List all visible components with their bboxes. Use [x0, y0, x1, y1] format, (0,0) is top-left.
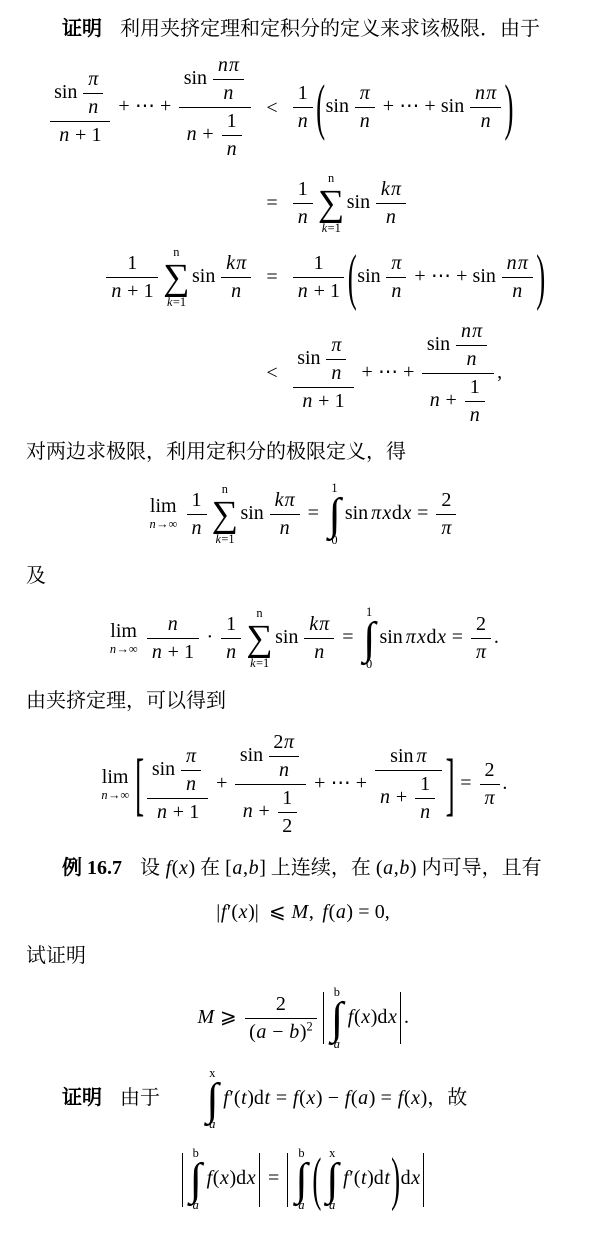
fraction-numerator: 1	[293, 177, 313, 204]
equation-limit-riemann-1: limn→∞1nn∑k=1sinkπn=1∫0sinπxdx=2π	[26, 481, 580, 548]
fraction-numerator: 1	[222, 109, 242, 136]
fraction-numerator: sinπn	[147, 744, 208, 799]
math-operator: +	[253, 800, 275, 822]
math-integral: b∫a	[188, 1146, 204, 1213]
math-var: a	[209, 1117, 216, 1131]
math-text: ′(	[349, 1167, 360, 1189]
math-sum: n∑k=1	[212, 482, 238, 547]
math-fraction: kπn	[376, 177, 406, 230]
relation-symbol: <	[254, 358, 290, 388]
math-text: 2	[282, 815, 292, 837]
math-fraction: 12	[278, 786, 297, 839]
math-text: =1	[221, 532, 234, 546]
math-operator: +	[440, 389, 462, 411]
document-page: 证明利用夹挤定理和定积分的定义来求该极限．由于 sinπnn+1+⋯+sinnπ…	[0, 0, 602, 1235]
math-row: 2π	[273, 731, 294, 753]
math-operator: +	[122, 280, 144, 302]
fraction-numerator: 2	[436, 488, 456, 515]
fraction-denominator: n	[386, 278, 406, 304]
math-var: f	[165, 857, 172, 879]
math-var: π	[405, 626, 416, 648]
math-text: d	[427, 626, 437, 648]
math-text: 1	[192, 489, 202, 511]
math-integral: x∫a	[324, 1146, 340, 1213]
fraction-numerator: π	[181, 744, 201, 771]
math-var: π	[283, 731, 294, 753]
sum-symbol: ∑	[318, 186, 344, 221]
math-space	[370, 207, 373, 208]
math-text: 2	[276, 993, 286, 1015]
math-var: a	[383, 857, 394, 879]
equation-rhs: 1n(sinπn+⋯+sinnπn)	[290, 81, 580, 134]
integral-symbol: ∫	[329, 1000, 345, 1037]
math-space	[381, 281, 384, 282]
math-row: sinnπn	[427, 333, 490, 355]
fraction-denominator: π	[471, 639, 491, 665]
math-var: x	[382, 502, 392, 524]
math-fraction: 2πn	[269, 730, 299, 783]
fraction-numerator: 1	[187, 488, 207, 515]
math-space	[464, 111, 467, 112]
math-text: (	[351, 1087, 358, 1109]
math-row: k=1	[167, 295, 186, 309]
math-text: )d	[247, 1087, 264, 1109]
math-var: f	[220, 901, 227, 923]
math-row: n+1	[297, 280, 340, 302]
fraction-numerator: kπ	[376, 177, 406, 204]
math-var: n	[466, 348, 477, 370]
math-row: sinπn	[152, 758, 204, 780]
math-operator: +	[162, 641, 184, 663]
math-fraction: 1n	[293, 177, 313, 230]
math-row: kπ	[309, 613, 330, 635]
math-var: n	[302, 390, 313, 412]
math-var: n	[167, 613, 178, 635]
math-operator: +	[211, 772, 233, 794]
fraction-denominator: n	[222, 136, 242, 162]
math-var: a	[256, 1021, 267, 1043]
math-var: π	[517, 252, 528, 274]
equation-claim: M⩾2(a−b)2b∫af(x)dx.	[26, 985, 580, 1052]
math-text: 2	[441, 489, 451, 511]
math-row: n+1	[302, 390, 345, 412]
fraction-denominator: 2	[278, 813, 297, 839]
math-text: 1	[91, 124, 101, 146]
paragraph-take-limits: 对两边求极限，利用定积分的极限定义，得	[26, 437, 580, 467]
fraction-denominator: n	[213, 80, 244, 106]
math-var: n	[512, 280, 523, 302]
math-text: sin	[345, 502, 368, 524]
relation-symbol: =	[254, 262, 290, 292]
math-fraction: sin2πnn+12	[235, 730, 306, 839]
fraction-denominator: n	[470, 108, 501, 134]
math-row: sinπn	[54, 81, 106, 103]
equation-rhs: 1n+1(sinπn+⋯+sinnπn)	[290, 251, 580, 304]
math-var: f	[344, 1087, 351, 1109]
math-delimiter: )	[391, 1135, 401, 1224]
math-row: sinπ	[390, 745, 427, 767]
math-integral: x∫a	[168, 1066, 220, 1133]
math-text: sin	[347, 191, 370, 213]
math-var: b	[248, 857, 259, 879]
math-var: a	[298, 1198, 305, 1212]
math-operator: +	[308, 280, 330, 302]
math-text: 2	[485, 759, 495, 781]
math-var: n	[185, 773, 196, 795]
fraction-numerator: nπ	[456, 319, 487, 346]
fraction-denominator: n+12	[235, 785, 306, 839]
math-text: ⋯	[135, 95, 155, 117]
fraction-denominator: n+1	[293, 278, 345, 304]
math-var: k	[380, 178, 390, 200]
math-var: f	[397, 1087, 404, 1109]
fraction-numerator: kπ	[270, 488, 300, 515]
math-space	[298, 642, 301, 643]
math-var: n	[314, 641, 325, 663]
math-text: .	[502, 772, 507, 794]
math-limit: limn→∞	[149, 496, 177, 532]
math-var: π	[319, 613, 330, 635]
math-var: n	[506, 252, 517, 274]
math-text: <	[266, 97, 277, 119]
math-sum: n∑k=1	[246, 606, 272, 671]
math-var: n	[419, 801, 430, 823]
math-text: 1	[227, 110, 237, 132]
fraction-numerator: 1	[415, 772, 435, 799]
math-space	[215, 281, 218, 282]
math-text: 由于	[120, 1087, 160, 1109]
math-var: x	[411, 1087, 421, 1109]
fraction-denominator: n+1	[147, 639, 199, 665]
math-row: b∫af(x)dx=b∫a(x∫af′(t)dt)dx	[179, 1167, 428, 1189]
fraction-numerator: sinπn	[293, 333, 354, 388]
math-abs-bar	[400, 992, 401, 1044]
math-var: π	[359, 82, 370, 104]
script-text: k=1	[167, 295, 186, 310]
math-row: n+1n	[429, 389, 487, 411]
math-operator: =	[337, 626, 359, 648]
equation-squeeze-result: limn→∞[sinπnn+1+sin2πnn+12+⋯+sinπn+1n]=2…	[26, 730, 580, 839]
math-row: k=1	[250, 656, 269, 670]
math-space	[175, 774, 178, 775]
fraction-denominator: n	[293, 204, 313, 230]
math-text: )	[316, 1087, 323, 1109]
math-var: n	[359, 110, 370, 132]
math-row: 证明利用夹挤定理和定积分的定义来求该极限．由于	[62, 18, 540, 40]
math-fraction: 1n	[293, 81, 313, 134]
math-var: π	[371, 502, 382, 524]
math-var: x	[411, 1167, 421, 1189]
equation-row-2: = 1nn∑k=1sinkπn	[26, 171, 580, 236]
math-text: 1	[144, 280, 154, 302]
math-row: n+1n	[186, 123, 244, 145]
math-var: t	[264, 1087, 271, 1109]
math-text: ⋯	[331, 772, 351, 794]
math-fraction: nn+1	[147, 612, 199, 665]
fraction-numerator: sinnπn	[179, 53, 251, 108]
math-var: n	[226, 641, 237, 663]
fraction-denominator: n	[293, 108, 313, 134]
equation-rhs: 1nn∑k=1sinkπn	[290, 171, 580, 236]
paragraph-proof-intro: 证明利用夹挤定理和定积分的定义来求该极限．由于	[26, 14, 580, 44]
sum-symbol: ∑	[246, 621, 272, 656]
math-var: n	[385, 206, 396, 228]
math-text: →∞	[156, 517, 177, 531]
math-row: nπ	[460, 320, 482, 342]
math-text: sin	[192, 265, 215, 287]
limit-word: lim	[150, 496, 177, 517]
script-text: a	[173, 1117, 216, 1132]
equation-row-3: 1n+1n∑k=1sinkπn = 1n+1(sinπn+⋯+sinnπn)	[26, 245, 580, 310]
math-var: π	[284, 489, 295, 511]
math-row: 1n+1n∑k=1sinkπn	[104, 265, 254, 287]
script-text: 0	[331, 533, 337, 548]
math-text: 2	[476, 613, 486, 635]
math-row: n→∞	[110, 642, 138, 656]
integral-symbol: ∫	[294, 1161, 310, 1198]
script-text: a	[329, 1198, 336, 1213]
math-operator: +	[309, 772, 331, 794]
math-limit: limn→∞	[110, 621, 138, 657]
math-operator: +	[351, 772, 373, 794]
math-row: 1nn∑k=1sinkπn	[290, 191, 409, 213]
math-bold-label: 例 16.7	[62, 857, 122, 879]
math-var: π	[475, 641, 486, 663]
fraction-numerator: 1	[106, 251, 158, 278]
math-row: n+1n	[379, 786, 437, 808]
math-bold-label: 证明	[62, 1087, 102, 1109]
equation-hypothesis: |f′(x)|⩽M,f(a)=0,	[26, 897, 580, 927]
math-text: ,	[394, 857, 399, 879]
math-operator: +	[419, 95, 441, 117]
math-var: n	[278, 759, 289, 781]
math-var: n	[217, 54, 228, 76]
math-text: .	[404, 1006, 409, 1028]
fraction-denominator: n+1	[50, 122, 111, 148]
math-text: d	[401, 1167, 411, 1189]
fraction-numerator: π	[326, 333, 346, 360]
fraction-numerator: 1	[293, 251, 345, 278]
math-fraction: 1n+1	[106, 251, 158, 304]
math-text: ′(	[227, 901, 238, 923]
math-fraction: sinπnn+1	[147, 744, 208, 825]
math-text: 1	[298, 82, 308, 104]
math-row: limn→∞1nn∑k=1sinkπn=1∫0sinπxdx=2π	[147, 502, 459, 524]
fraction-numerator: 1	[465, 375, 485, 402]
math-text: 1	[282, 787, 292, 809]
math-fraction: πn	[386, 251, 406, 304]
math-text: sin	[240, 502, 263, 524]
math-text: lim	[102, 766, 129, 788]
math-var: a	[358, 1087, 369, 1109]
math-text: →∞	[116, 642, 137, 656]
math-text: (	[404, 1087, 411, 1109]
math-var: n	[279, 517, 290, 539]
math-abs-bar	[323, 992, 324, 1044]
math-text: lim	[150, 495, 177, 517]
integral-symbol: ∫	[327, 496, 343, 533]
math-text: (	[249, 1021, 256, 1043]
math-var: x	[238, 901, 248, 923]
fraction-numerator: π	[83, 67, 103, 94]
math-row: sinπnn+1+⋯+sinnπnn+1n,	[290, 361, 502, 383]
fraction-denominator: n+1	[293, 388, 354, 414]
math-var: π	[441, 517, 452, 539]
math-integral: b∫a	[329, 985, 345, 1052]
fraction-numerator: sinnπn	[422, 319, 494, 374]
math-abs-bar	[259, 1153, 260, 1207]
equation-lhs: sinπnn+1+⋯+sinnπnn+1n	[26, 53, 254, 162]
math-operator: =	[375, 1087, 397, 1109]
math-row: limn→∞[sinπnn+1+sin2πnn+12+⋯+sinπn+1n]=2…	[99, 772, 508, 794]
math-abs-bar	[423, 1153, 424, 1207]
math-var: f	[206, 1167, 213, 1189]
math-fraction: 1n	[222, 109, 242, 162]
math-operator: +	[113, 95, 135, 117]
math-space	[450, 349, 453, 350]
math-var: n	[191, 517, 202, 539]
math-row: n→∞	[101, 788, 129, 802]
math-row: sinnπn	[184, 67, 247, 89]
math-text: ) 内可导，且有	[410, 857, 542, 879]
math-operator: −	[267, 1021, 289, 1043]
math-var: x	[178, 857, 188, 879]
math-text: sin	[275, 626, 298, 648]
math-var: a	[192, 1198, 199, 1212]
math-fraction: 2π	[471, 612, 491, 665]
math-operator: +	[398, 361, 420, 383]
math-fraction: πn	[326, 333, 346, 386]
fraction-denominator: n	[465, 402, 485, 428]
math-row: n+1	[111, 280, 154, 302]
math-var: k	[309, 613, 319, 635]
equation-double-integral: b∫af(x)dx=b∫a(x∫af′(t)dt)dx	[26, 1146, 580, 1213]
math-operator: =	[263, 1167, 285, 1189]
math-operator: +	[391, 786, 413, 808]
math-row: nπ	[217, 54, 239, 76]
math-var: n	[474, 82, 485, 104]
math-var: a	[335, 901, 346, 923]
fraction-denominator: n	[221, 278, 251, 304]
math-var: n	[331, 362, 342, 384]
math-text: →∞	[108, 788, 129, 802]
script-text: n→∞	[110, 642, 138, 657]
fraction-numerator: kπ	[221, 251, 251, 278]
math-abs-bar	[182, 1153, 183, 1207]
math-var: b	[399, 857, 410, 879]
math-text: 1	[226, 613, 236, 635]
math-text: )d	[367, 1167, 384, 1189]
math-row: n+1	[59, 124, 102, 146]
math-space	[349, 111, 352, 112]
math-var: π	[236, 252, 247, 274]
math-limit: limn→∞	[101, 767, 129, 803]
math-var: π	[185, 745, 196, 767]
fraction-denominator: n	[456, 346, 487, 372]
paragraph-proof2-intro: 证明由于x∫af′(t)dt=f(x)−f(a)=f(x)，故	[26, 1066, 580, 1133]
fraction-numerator: kπ	[304, 612, 334, 639]
fraction-denominator: n	[221, 639, 241, 665]
math-var: k	[226, 252, 236, 274]
math-fraction: nπn	[456, 319, 487, 372]
fraction-numerator: 2	[471, 612, 491, 639]
math-text: sin	[184, 67, 207, 89]
math-text: 由夹挤定理，可以得到	[26, 690, 226, 712]
math-var: x	[246, 1167, 256, 1189]
math-operator: =	[455, 772, 477, 794]
math-var: a	[329, 1198, 336, 1212]
fraction-denominator: n	[269, 757, 299, 783]
fraction-denominator: n+1n	[375, 771, 442, 825]
limit-word: lim	[102, 767, 129, 788]
math-fraction: kπn	[270, 488, 300, 541]
fraction-numerator: nπ	[502, 251, 533, 278]
math-bold-label: 证明	[62, 18, 102, 40]
math-text: ,	[309, 901, 314, 923]
math-var: n	[223, 82, 234, 104]
math-delimiter: )	[504, 61, 514, 154]
script-text: a	[298, 1198, 305, 1213]
math-var: n	[59, 124, 70, 146]
math-space	[314, 917, 322, 918]
math-row: (a−b)2	[249, 1021, 313, 1043]
integral-symbol: ∫	[168, 1081, 220, 1118]
math-integral: 1∫0	[327, 481, 343, 548]
math-abs-bar	[287, 1153, 288, 1207]
math-operator: ·	[201, 626, 218, 648]
equation-array-squeeze: sinπnn+1+⋯+sinnπnn+1n < 1n(sinπn+⋯+sinnπ…	[26, 53, 580, 428]
math-space	[77, 97, 80, 98]
math-fraction: nπn	[502, 251, 533, 304]
math-space	[496, 281, 499, 282]
fraction-denominator: n	[415, 799, 435, 825]
script-text: n→∞	[149, 517, 177, 532]
math-operator: ⩾	[215, 1006, 242, 1028]
math-operator: ⩽	[264, 901, 291, 923]
math-text: (	[299, 1087, 306, 1109]
equation-rhs: sinπnn+1+⋯+sinnπnn+1n,	[290, 319, 580, 428]
math-space	[140, 642, 144, 643]
fraction-numerator: nπ	[470, 81, 501, 108]
math-operator: =	[302, 502, 324, 524]
math-text: 1	[335, 390, 345, 412]
fraction-denominator: n	[83, 94, 103, 120]
math-var: n	[297, 206, 308, 228]
math-row: sinπnn+1+⋯+sinnπnn+1n	[47, 95, 254, 117]
math-var: n	[186, 123, 197, 145]
fraction-numerator: nπ	[213, 53, 244, 80]
math-space	[263, 760, 266, 761]
math-text: ⋯	[378, 361, 398, 383]
math-delimiter: (	[316, 61, 326, 154]
math-row: kπ	[380, 178, 401, 200]
math-row: 1n(sinπn+⋯+sinnπn)	[290, 95, 514, 117]
equation-limit-riemann-2: limn→∞nn+1·1nn∑k=1sinkπn=1∫0sinπxdx=2π.	[26, 605, 580, 672]
math-var: x	[402, 502, 412, 524]
math-fraction: 1n	[465, 375, 485, 428]
math-text: )|	[248, 901, 259, 923]
math-operator: +	[197, 123, 219, 145]
script-text: a	[333, 1037, 340, 1052]
paragraph-example-16-7: 例 16.7设 f(x) 在 [a,b] 上连续，在 (a,b) 内可导，且有	[26, 853, 580, 883]
math-text: sin	[441, 95, 464, 117]
math-operator: =	[447, 626, 469, 648]
math-operator: +	[313, 390, 335, 412]
math-var: a	[232, 857, 243, 879]
math-space	[264, 518, 267, 519]
math-fraction: 2π	[480, 758, 500, 811]
math-text: =1	[256, 656, 269, 670]
